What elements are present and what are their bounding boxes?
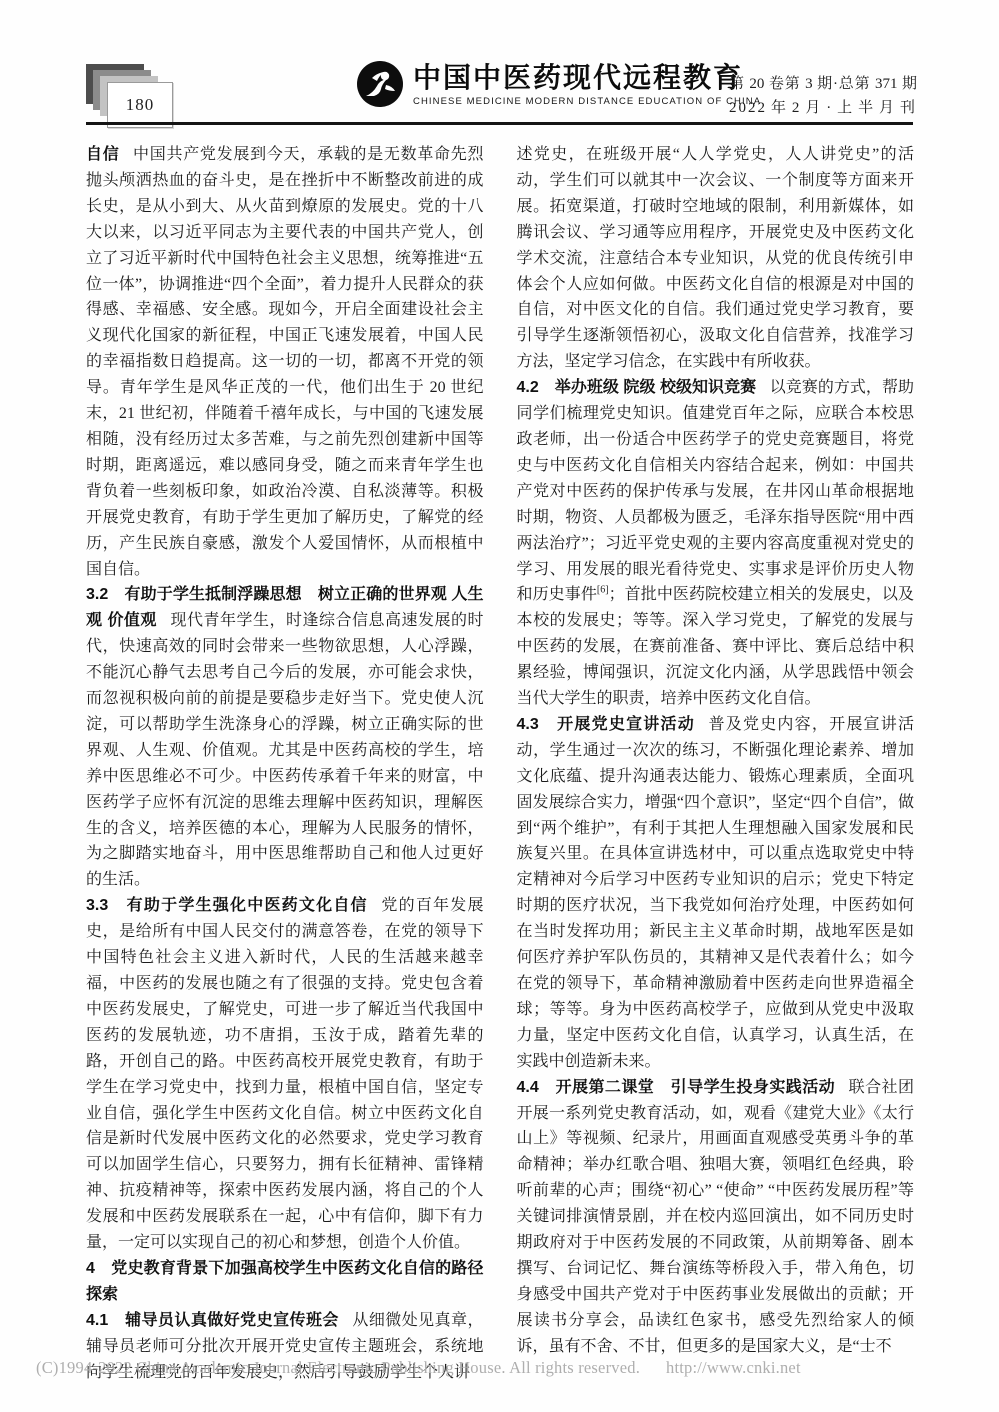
paragraph-text: ；首批中医药院校建立相关的发展史，以及本校的发展史；等等。深入学习党史，了解党的… <box>517 586 915 707</box>
left-column: 自信中国共产党发展到今天，承载的是无数革命先烈抛头颅洒热血的奋斗史，是在挫折中不… <box>86 142 484 1386</box>
issue-date-line: 2022年2月·上半月刊 <box>729 96 917 120</box>
right-column: 述党史，在班级开展“人人学党史，人人讲党史”的活动，学生们可以就其中一次会议、一… <box>517 142 915 1386</box>
paragraph-continuation: 述党史，在班级开展“人人学党史，人人讲党史”的活动，学生们可以就其中一次会议、一… <box>517 142 915 375</box>
journal-page: 180 中国中医药现代远程教育 CHINESE MEDICINE MODERN … <box>0 0 999 1412</box>
journal-title-en: CHINESE MEDICINE MODERN DISTANCE EDUCATI… <box>413 96 761 107</box>
section-heading: 4.3 开展党史宣讲活动 <box>517 716 695 733</box>
section-heading: 4.4 开展第二课堂 引导学生投身实践活动 <box>517 1079 836 1096</box>
copyright-text: (C)1994-2022 China Academic Journal Elec… <box>36 1358 640 1377</box>
journal-titles: 中国中医药现代远程教育 CHINESE MEDICINE MODERN DIST… <box>413 62 761 107</box>
paragraph-text: 述党史，在班级开展“人人学党史，人人讲党史”的活动，学生们可以就其中一次会议、一… <box>517 146 915 370</box>
header-divider <box>86 122 913 125</box>
section-4-3: 4.3 开展党史宣讲活动普及党史内容，开展宣讲活动，学生通过一次次的练习，不断强… <box>517 712 915 1075</box>
paragraph-text: 联合社团开展一系列党史教育活动，如，观看《建党大业》《太行山上》等视频、纪录片，… <box>517 1079 915 1355</box>
section-heading: 4 党史教育背景下加强高校学生中医药文化自信的路径探索 <box>86 1260 484 1303</box>
section-4-2: 4.2 举办班级 院级 校级知识竞赛以竞赛的方式，帮助同学们梳理党史知识。值建党… <box>517 375 915 712</box>
section-3-2: 3.2 有助于学生抵制浮躁思想 树立正确的世界观 人生观 价值观现代青年学生，时… <box>86 582 484 893</box>
journal-title-cn: 中国中医药现代远程教育 <box>413 62 761 94</box>
cnki-url: http://www.cnki.net <box>666 1358 801 1377</box>
paragraph-text: 中国共产党发展到今天，承载的是无数革命先烈抛头颅洒热血的奋斗史，是在挫折中不断整… <box>86 146 484 578</box>
article-body: 自信中国共产党发展到今天，承载的是无数革命先烈抛头颅洒热血的奋斗史，是在挫折中不… <box>86 142 914 1386</box>
section-3-3: 3.3 有助于学生强化中医药文化自信党的百年发展史，是给所有中国人民交付的满意答… <box>86 893 484 1256</box>
journal-logo-icon <box>356 60 404 108</box>
section-heading: 3.3 有助于学生强化中医药文化自信 <box>86 897 368 914</box>
paragraph-text: 现代青年学生，时逢综合信息高速发展的时代，快速高效的同时会带来一些物欲思想，人心… <box>86 612 484 888</box>
paragraph-text: 以竞赛的方式，帮助同学们梳理党史知识。值建党百年之际，应联合本校思政老师，出一份… <box>517 379 915 603</box>
section-heading: 4.1 辅导员认真做好党史宣传班会 <box>86 1312 339 1329</box>
page-footer: (C)1994-2022 China Academic Journal Elec… <box>36 1358 969 1378</box>
section-4-4: 4.4 开展第二课堂 引导学生投身实践活动联合社团开展一系列党史教育活动，如，观… <box>517 1075 915 1360</box>
reference-marker: [6] <box>597 585 609 596</box>
page-number-badge: 180 <box>86 64 190 130</box>
paragraph-self-confidence: 自信中国共产党发展到今天，承载的是无数革命先烈抛头颅洒热血的奋斗史，是在挫折中不… <box>86 142 484 582</box>
issue-volume-line: 第 20 卷第 3 期·总第 371 期 <box>729 72 917 96</box>
issue-info: 第 20 卷第 3 期·总第 371 期 2022年2月·上半月刊 <box>729 72 917 120</box>
paragraph-text: 普及党史内容，开展宣讲活动，学生通过一次次的练习，不断强化理论素养、增加文化底蕴… <box>517 716 915 1070</box>
inline-heading: 自信 <box>86 146 119 163</box>
section-heading: 4.2 举办班级 院级 校级知识竞赛 <box>517 379 757 396</box>
paragraph-text: 党的百年发展史，是给所有中国人民交付的满意答卷，在党的领导下中国特色社会主义进入… <box>86 897 484 1251</box>
journal-masthead: 中国中医药现代远程教育 CHINESE MEDICINE MODERN DIST… <box>356 60 761 108</box>
section-4-heading: 4 党史教育背景下加强高校学生中医药文化自信的路径探索 <box>86 1256 484 1308</box>
